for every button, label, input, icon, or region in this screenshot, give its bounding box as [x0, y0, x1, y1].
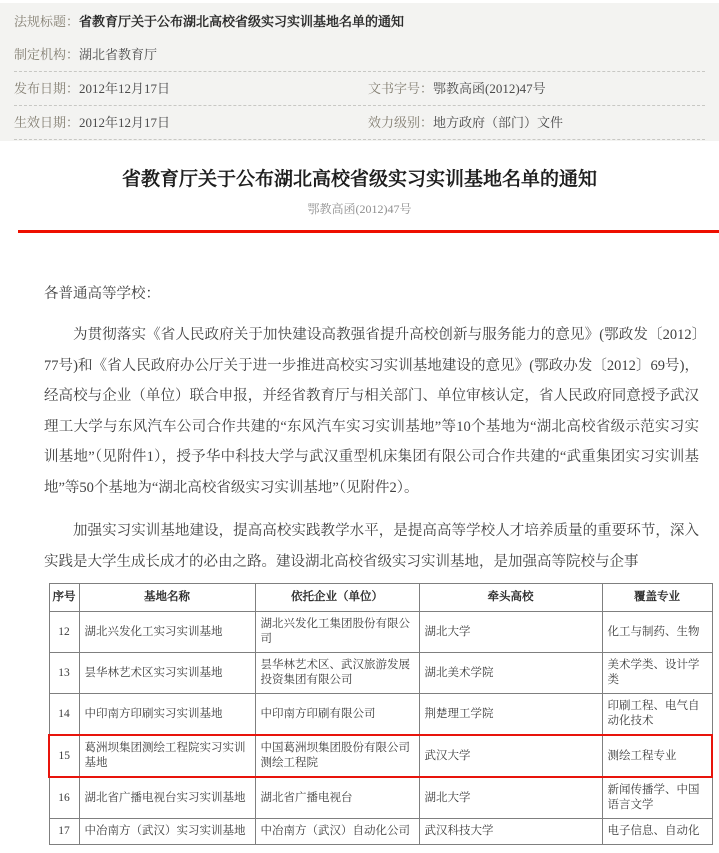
effect-level-value: 地方政府（部门）文件 [433, 115, 563, 131]
table-cell: 16 [49, 777, 79, 819]
letter-body: 各普通高等学校： 为贯彻落实《省人民政府关于加快建设高教强省提升高校创新与服务能… [0, 233, 719, 577]
metadata-panel: 法规标题： 省教育厅关于公布湖北高校省级实习实训基地名单的通知 制定机构： 湖北… [0, 3, 719, 141]
doc-number-subtitle: 鄂教高函(2012)47号 [0, 200, 719, 217]
effective-date-value: 2012年12月17日 [79, 115, 170, 131]
meta-row-dates-1: 发布日期： 2012年12月17日 文书字号： 鄂教高函(2012)47号 [14, 72, 705, 106]
table-row: 13昙华林艺术区实习实训基地昙华林艺术区、武汉旅游发展投资集团有限公司湖北美术学… [49, 653, 712, 694]
table-cell: 测绘工程专业 [602, 735, 712, 777]
paragraph-1: 为贯彻落实《省人民政府关于加快建设高教强省提升高校创新与服务能力的意见》(鄂政发… [44, 320, 699, 503]
table-cell: 中冶南方（武汉）实习实训基地 [79, 819, 255, 845]
col-header-base-name: 基地名称 [79, 584, 255, 612]
meta-row-law-title: 法规标题： 省教育厅关于公布湖北高校省级实习实训基地名单的通知 [14, 5, 705, 38]
table-cell: 湖北兴发化工集团股份有限公司 [255, 612, 419, 653]
table-row: 14中印南方印刷实习实训基地中印南方印刷有限公司荆楚理工学院印刷工程、电气自动化… [49, 694, 712, 736]
col-header-enterprise: 依托企业（单位） [255, 584, 419, 612]
table-cell: 中国葛洲坝集团股份有限公司测绘工程院 [255, 735, 419, 777]
table-cell: 13 [49, 653, 79, 694]
col-header-majors: 覆盖专业 [602, 584, 712, 612]
col-header-index: 序号 [49, 584, 79, 612]
table-cell: 15 [49, 735, 79, 777]
table-row-highlighted: 15葛洲坝集团测绘工程院实习实训基地中国葛洲坝集团股份有限公司测绘工程院武汉大学… [49, 735, 712, 777]
doc-number-value: 鄂教高函(2012)47号 [433, 81, 546, 97]
agency-label: 制定机构： [14, 47, 79, 63]
table-cell: 14 [49, 694, 79, 736]
col-header-university: 牵头高校 [419, 584, 602, 612]
table-header-row: 序号 基地名称 依托企业（单位） 牵头高校 覆盖专业 [49, 584, 712, 612]
base-table-wrap: 序号 基地名称 依托企业（单位） 牵头高校 覆盖专业 12湖北兴发化工实习实训基… [48, 583, 711, 845]
table-cell: 中印南方印刷有限公司 [255, 694, 419, 736]
table-cell: 中印南方印刷实习实训基地 [79, 694, 255, 736]
table-cell: 葛洲坝集团测绘工程院实习实训基地 [79, 735, 255, 777]
meta-row-agency: 制定机构： 湖北省教育厅 [14, 38, 705, 72]
table-cell: 武汉科技大学 [419, 819, 602, 845]
table-cell: 昙华林艺术区、武汉旅游发展投资集团有限公司 [255, 653, 419, 694]
doc-number-label: 文书字号： [368, 81, 433, 97]
table-cell: 湖北兴发化工实习实训基地 [79, 612, 255, 653]
table-cell: 电子信息、自动化 [602, 819, 712, 845]
table-cell: 湖北美术学院 [419, 653, 602, 694]
table-cell: 12 [49, 612, 79, 653]
salutation: 各普通高等学校： [44, 285, 699, 303]
table-cell: 中冶南方（武汉）自动化公司 [255, 819, 419, 845]
table-cell: 武汉大学 [419, 735, 602, 777]
table-cell: 湖北省广播电视台 [255, 777, 419, 819]
table-cell: 新闻传播学、中国语言文学 [602, 777, 712, 819]
table-cell: 17 [49, 819, 79, 845]
table-body: 12湖北兴发化工实习实训基地湖北兴发化工集团股份有限公司湖北大学化工与制药、生物… [49, 612, 712, 845]
law-title-value: 省教育厅关于公布湖北高校省级实习实训基地名单的通知 [79, 14, 404, 30]
table-cell: 化工与制药、生物 [602, 612, 712, 653]
table-row: 12湖北兴发化工实习实训基地湖北兴发化工集团股份有限公司湖北大学化工与制药、生物 [49, 612, 712, 653]
table-cell: 湖北大学 [419, 612, 602, 653]
effective-date-label: 生效日期： [14, 115, 79, 131]
table-cell: 湖北大学 [419, 777, 602, 819]
effect-level-label: 效力级别： [368, 115, 433, 131]
base-table: 序号 基地名称 依托企业（单位） 牵头高校 覆盖专业 12湖北兴发化工实习实训基… [48, 583, 713, 845]
table-cell: 印刷工程、电气自动化技术 [602, 694, 712, 736]
meta-row-dates-2: 生效日期： 2012年12月17日 效力级别： 地方政府（部门）文件 [14, 106, 705, 140]
table-cell: 荆楚理工学院 [419, 694, 602, 736]
table-cell: 湖北省广播电视台实习实训基地 [79, 777, 255, 819]
table-cell: 昙华林艺术区实习实训基地 [79, 653, 255, 694]
law-title-label: 法规标题： [14, 14, 79, 30]
table-row: 16湖北省广播电视台实习实训基地湖北省广播电视台湖北大学新闻传播学、中国语言文学 [49, 777, 712, 819]
table-row: 17中冶南方（武汉）实习实训基地中冶南方（武汉）自动化公司武汉科技大学电子信息、… [49, 819, 712, 845]
publish-date-label: 发布日期： [14, 81, 79, 97]
page-title: 省教育厅关于公布湖北高校省级实习实训基地名单的通知 [30, 168, 689, 192]
table-cell: 美术学类、设计学类 [602, 653, 712, 694]
agency-value: 湖北省教育厅 [79, 47, 157, 63]
publish-date-value: 2012年12月17日 [79, 81, 170, 97]
paragraph-2: 加强实习实训基地建设，提高高校实践教学水平，是提高高等学校人才培养质量的重要环节… [44, 516, 699, 577]
